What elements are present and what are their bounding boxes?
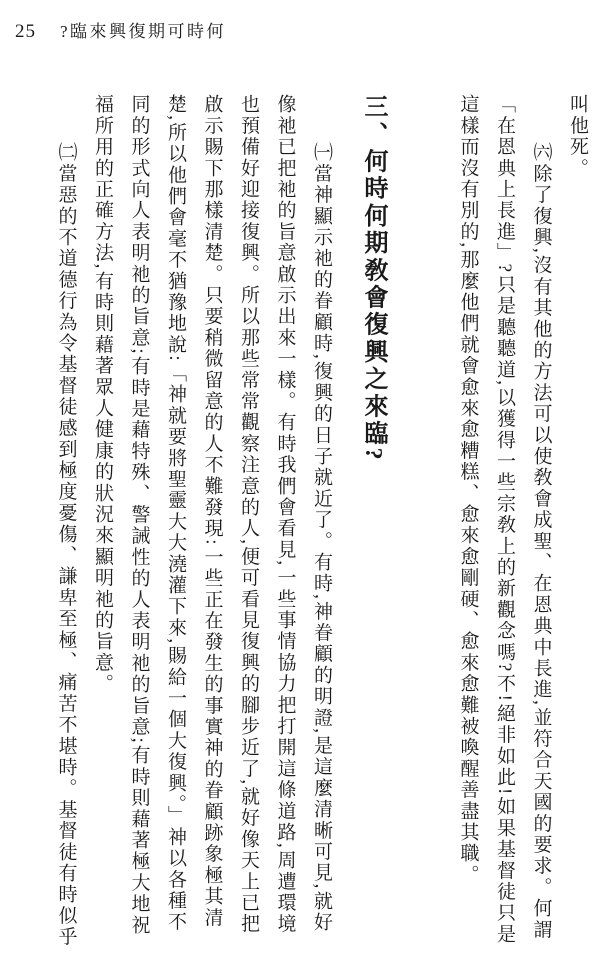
paragraph-continuation: 叫他死。 — [559, 94, 596, 949]
paragraph-item-6: ㈥除了復興,沒有其他的方法可以使敎會成聖、在恩典中長進,並符合天國的要求。何謂「… — [449, 94, 559, 949]
paragraph-item-2: ㈡當惡的不道德行為令基督徒感到極度憂傷、謙卑至極、痛苦不堪時。基督徒有時似乎 — [47, 94, 84, 949]
running-head: ?臨來興復期可時何 — [60, 17, 226, 42]
page-number: 25 — [15, 21, 36, 43]
page-header: 25 ?臨來興復期可時何 — [15, 17, 226, 43]
book-page: 25 ?臨來興復期可時何 叫他死。 ㈥除了復興,沒有其他的方法可以使敎會成聖、在… — [0, 0, 600, 968]
section-title: 三、何時何期敎會復興之來臨? — [349, 94, 397, 949]
page-body: 叫他死。 ㈥除了復興,沒有其他的方法可以使敎會成聖、在恩典中長進,並符合天國的要… — [47, 94, 595, 949]
paragraph-item-1: ㈠當神顯示祂的眷顧時,復興的日子就近了。有時,神眷顧的明證,是這麼清晰可見,就好… — [84, 94, 340, 949]
